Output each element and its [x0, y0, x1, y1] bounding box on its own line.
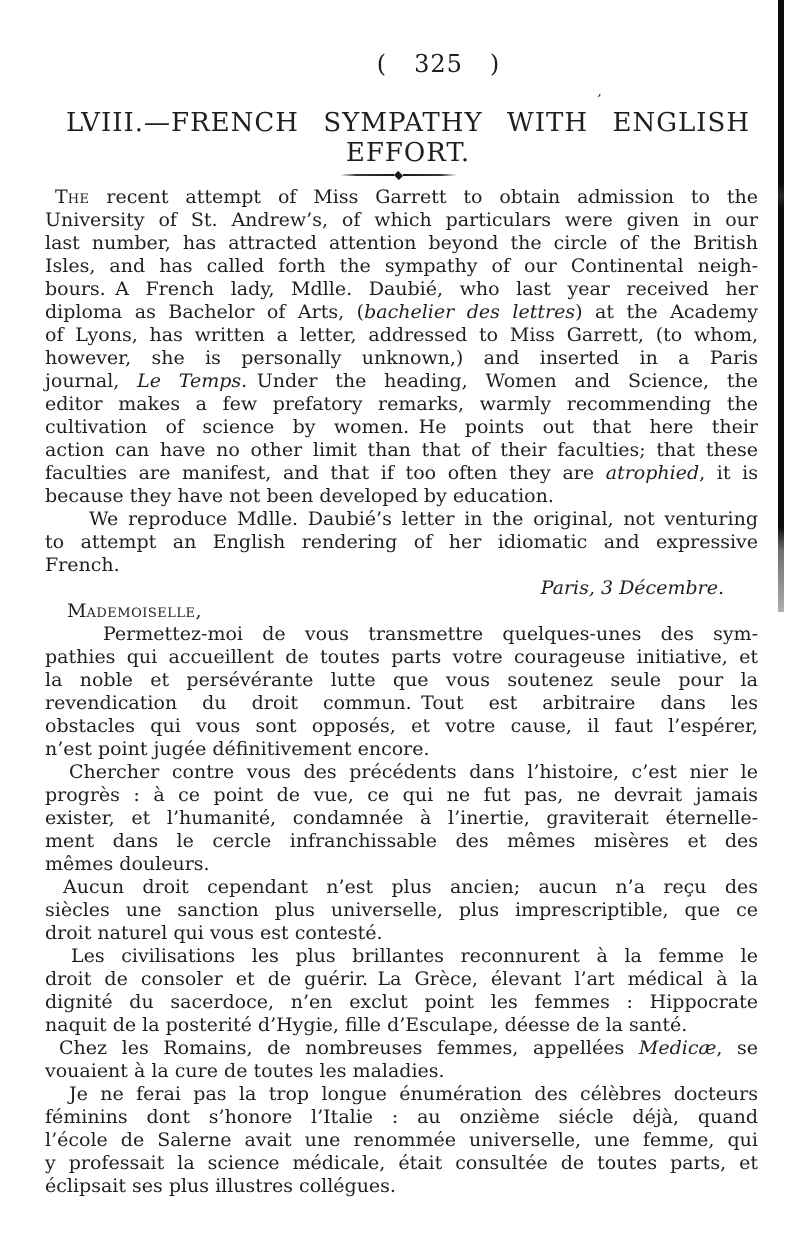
text-line: pathies qui accueillent de toutes parts …	[45, 646, 758, 669]
divider-rule-left	[340, 174, 394, 176]
text-run: because they have not been developed by …	[45, 485, 554, 507]
text-run: Je ne ferai pas la trop longue énumérati…	[69, 1083, 758, 1105]
scan-speck: ’	[594, 92, 602, 109]
text-body: The recent attempt of Miss Garrett to ob…	[45, 186, 758, 1198]
page-number-value: 325	[414, 50, 463, 78]
text-run: mêmes douleurs.	[45, 853, 210, 875]
text-run: We reproduce Mdlle. Daubié’s letter in t…	[89, 508, 758, 530]
text-line: Chercher contre vous des précédents dans…	[45, 761, 758, 784]
text-line: l’école de Salerne avait une renommée un…	[45, 1129, 758, 1152]
scanned-page: ( 325 ) ’ LVIII.—FRENCH SYMPATHY WITH EN…	[0, 0, 801, 1245]
text-run: éclipsait ses plus illustres collégues.	[45, 1175, 396, 1197]
text-line: because they have not been developed by …	[45, 485, 758, 508]
text-run: University of St. Andrew’s, of which par…	[45, 209, 758, 231]
text-line: editor makes a few prefatory remarks, wa…	[45, 393, 758, 416]
text-run: French.	[45, 554, 120, 576]
text-run: cultivation of science by women. He poin…	[45, 416, 758, 438]
text-run: Chez les Romains, de nombreuses femmes, …	[59, 1037, 639, 1059]
text-line: University of St. Andrew’s, of which par…	[45, 209, 758, 232]
text-run: pathies qui accueillent de toutes parts …	[45, 646, 758, 668]
text-line: droit naturel qui vous est contesté.	[45, 922, 758, 945]
text-run: however, she is personally unknown,) and…	[45, 347, 758, 369]
text-run: journal,	[45, 370, 137, 392]
text-line: la noble et persévérante lutte que vous …	[45, 669, 758, 692]
text-line: Aucun droit cependant n’est plus ancien;…	[45, 876, 758, 899]
text-run: M	[67, 600, 86, 622]
italic-run: Medicæ	[639, 1037, 716, 1059]
text-line: mêmes douleurs.	[45, 853, 758, 876]
text-run: ) at the Academy	[575, 301, 758, 323]
text-line: éclipsait ses plus illustres collégues.	[45, 1175, 758, 1198]
text-line: The recent attempt of Miss Garrett to ob…	[45, 186, 758, 209]
text-run: vouaient à la cure de toutes les maladie…	[45, 1060, 445, 1082]
smallcaps-run: he	[68, 186, 90, 208]
text-line: of Lyons, has written a letter, addresse…	[45, 324, 758, 347]
text-line: to attempt an English rendering of her i…	[45, 531, 758, 554]
text-run: action can have no other limit than that…	[45, 439, 758, 461]
text-line: siècles une sanction plus universelle, p…	[45, 899, 758, 922]
text-line: progrès : à ce point de vue, ce qui ne f…	[45, 784, 758, 807]
italic-run: Paris, 3 Décembre.	[541, 577, 724, 599]
text-run: , it is	[699, 462, 758, 484]
text-line: Permettez-moi de vous transmettre quelqu…	[45, 623, 758, 646]
text-run: diploma as Bachelor of Arts, (	[45, 301, 364, 323]
text-run: faculties are manifest, and that if too …	[45, 462, 606, 484]
text-run: n’est point jugée définitivement encore.	[45, 738, 430, 760]
text-line: dignité du sacerdoce, n’en exclut point …	[45, 991, 758, 1014]
paragraph-letter-4: Les civilisations les plus brillantes re…	[45, 945, 758, 1037]
text-line: Les civilisations les plus brillantes re…	[45, 945, 758, 968]
text-run: exister, et l’humanité, condamnée à l’in…	[45, 807, 758, 829]
text-run: bours. A French lady, Mdlle. Daubié, who…	[45, 278, 758, 300]
italic-run: atrophied	[606, 462, 699, 484]
text-run: Isles, and has called forth the sympathy…	[45, 255, 758, 277]
title-divider	[340, 170, 457, 180]
text-run: recent attempt of Miss Garrett to obtain…	[90, 186, 758, 208]
text-run: l’école de Salerne avait une renommée un…	[45, 1129, 758, 1151]
page-number-close-paren: )	[490, 50, 500, 78]
article-title-line-1: LVIII.—FRENCH SYMPATHY WITH ENGLISH	[66, 109, 750, 138]
text-run: of Lyons, has written a letter, addresse…	[45, 324, 758, 346]
text-line: however, she is personally unknown,) and…	[45, 347, 758, 370]
paragraph-reproduce: We reproduce Mdlle. Daubié’s letter in t…	[45, 508, 758, 577]
text-line: vouaient à la cure de toutes les maladie…	[45, 1060, 758, 1083]
text-line: Isles, and has called forth the sympathy…	[45, 255, 758, 278]
text-run: obstacles qui vous sont opposés, et votr…	[45, 715, 758, 737]
text-run: T	[55, 186, 68, 208]
text-line: droit de consoler et de guérir. La Grèce…	[45, 968, 758, 991]
paragraph-letter-2: Chercher contre vous des précédents dans…	[45, 761, 758, 876]
text-line: féminins dont s’honore l’Italie : au onz…	[45, 1106, 758, 1129]
salutation: Mademoiselle,	[45, 600, 758, 623]
text-run: droit naturel qui vous est contesté.	[45, 922, 383, 944]
article-title-line-2: EFFORT.	[66, 139, 750, 168]
text-line: journal, Le Temps. Under the heading, Wo…	[45, 370, 758, 393]
scan-edge-bar	[778, 0, 784, 612]
article-title: LVIII.—FRENCH SYMPATHY WITH ENGLISH EFFO…	[66, 109, 750, 168]
text-run: editor makes a few prefatory remarks, wa…	[45, 393, 758, 415]
text-run: dignité du sacerdoce, n’en exclut point …	[45, 991, 758, 1013]
text-line: faculties are manifest, and that if too …	[45, 462, 758, 485]
text-run: y professait la science médicale, était …	[45, 1152, 758, 1174]
text-line: last number, has attracted attention bey…	[45, 232, 758, 255]
text-run: revendication du droit commun. Tout est …	[45, 692, 758, 714]
text-line: bours. A French lady, Mdlle. Daubié, who…	[45, 278, 758, 301]
text-line: We reproduce Mdlle. Daubié’s letter in t…	[45, 508, 758, 531]
smallcaps-run: ademoiselle,	[86, 600, 202, 622]
text-line: revendication du droit commun. Tout est …	[45, 692, 758, 715]
text-line: exister, et l’humanité, condamnée à l’in…	[45, 807, 758, 830]
text-run: Under the heading, Women and Science, th…	[247, 370, 758, 392]
divider-diamond-icon	[394, 170, 403, 179]
text-line: ment dans le cercle infranchissable des …	[45, 830, 758, 853]
text-run: Aucun droit cependant n’est plus ancien;…	[63, 876, 758, 898]
text-line: Chez les Romains, de nombreuses femmes, …	[45, 1037, 758, 1060]
text-run: naquit de la posterité d’Hygie, fille d’…	[45, 1014, 687, 1036]
text-line: French.	[45, 554, 758, 577]
text-run: féminins dont s’honore l’Italie : au onz…	[45, 1106, 758, 1128]
text-line: Je ne ferai pas la trop longue énumérati…	[45, 1083, 758, 1106]
text-run: droit de consoler et de guérir. La Grèce…	[45, 968, 758, 990]
text-run: Les civilisations les plus brillantes re…	[71, 945, 758, 967]
text-run: ment dans le cercle infranchissable des …	[45, 830, 758, 852]
text-line: cultivation of science by women. He poin…	[45, 416, 758, 439]
paragraph-intro: The recent attempt of Miss Garrett to ob…	[45, 186, 758, 508]
paragraph-letter-5: Chez les Romains, de nombreuses femmes, …	[45, 1037, 758, 1083]
text-line: Paris, 3 Décembre.	[45, 577, 758, 600]
text-line: Mademoiselle,	[45, 600, 758, 623]
text-line: naquit de la posterité d’Hygie, fille d’…	[45, 1014, 758, 1037]
text-run: la noble et persévérante lutte que vous …	[45, 669, 758, 691]
paragraph-letter-6: Je ne ferai pas la trop longue énumérati…	[45, 1083, 758, 1198]
text-line: n’est point jugée définitivement encore.	[45, 738, 758, 761]
text-line: obstacles qui vous sont opposés, et votr…	[45, 715, 758, 738]
text-run: , se	[716, 1037, 758, 1059]
italic-run: bachelier des lettres	[364, 301, 575, 323]
text-run: to attempt an English rendering of her i…	[45, 531, 758, 553]
page-number: ( 325 )	[38, 50, 801, 78]
divider-rule-right	[403, 174, 457, 176]
dateline: Paris, 3 Décembre.	[45, 577, 758, 600]
page-number-open-paren: (	[377, 50, 387, 78]
text-line: y professait la science médicale, était …	[45, 1152, 758, 1175]
text-line: action can have no other limit than that…	[45, 439, 758, 462]
text-run: Permettez-moi de vous transmettre quelqu…	[103, 623, 758, 645]
paragraph-letter-1: Permettez-moi de vous transmettre quelqu…	[45, 623, 758, 761]
text-run: Chercher contre vous des précédents dans…	[69, 761, 758, 783]
italic-run: Le Temps.	[137, 370, 247, 392]
text-run: last number, has attracted attention bey…	[45, 232, 758, 254]
text-line: diploma as Bachelor of Arts, (bachelier …	[45, 301, 758, 324]
text-run: progrès : à ce point de vue, ce qui ne f…	[45, 784, 758, 806]
text-run: siècles une sanction plus universelle, p…	[45, 899, 758, 921]
paragraph-letter-3: Aucun droit cependant n’est plus ancien;…	[45, 876, 758, 945]
